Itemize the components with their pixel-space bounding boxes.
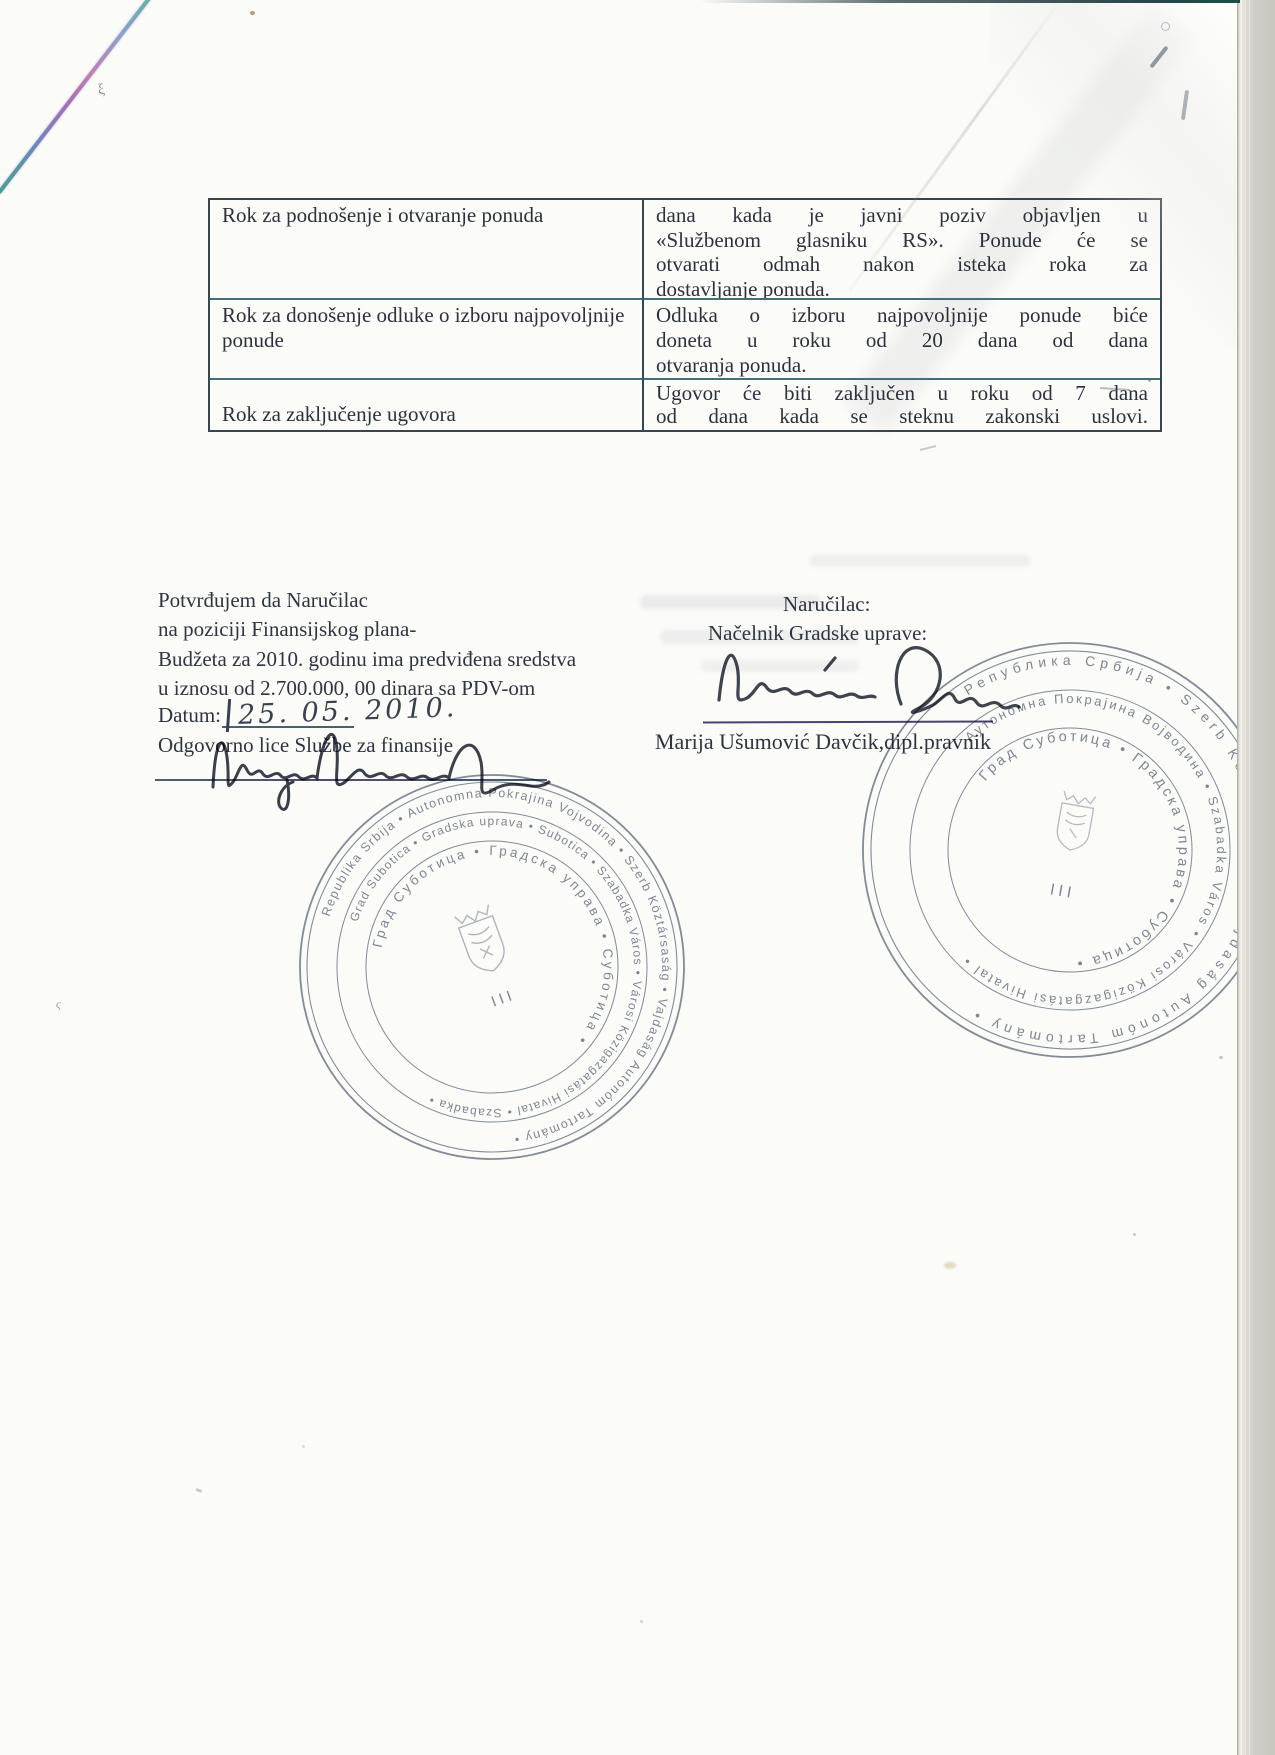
table-row3-line1: Ugovor će biti zaključen u roku od 7 dan… (656, 382, 1148, 405)
table-row3-line2: od dana kada se steknu zakonski uslovi. (656, 405, 1148, 428)
scan-bleed-through (810, 555, 1030, 567)
scan-speck-squiggle: ξ (97, 82, 106, 100)
round-stamp-left: Republika Srbija • Autonomna Pokrajina V… (292, 767, 692, 1167)
table-row1-line4: dostavljanje ponuda. (656, 277, 1148, 301)
scan-speck-dash (196, 1488, 203, 1493)
table-row1-label: Rok za podnošenje i otvaranje ponuda (222, 203, 543, 227)
scan-pencil-dash (920, 445, 936, 451)
confirmation-line1: Potvrđujem da Naručilac (158, 588, 368, 613)
stamp-left-number: III (489, 986, 518, 1010)
table-row1-line3: otvarati odmah nakon isteka roka za (656, 252, 1148, 277)
coat-of-arms (455, 904, 511, 976)
orderer-heading: Naručilac: (783, 592, 870, 617)
scan-paper-edge-band (1237, 0, 1275, 1755)
scan-smudge-warm (944, 1262, 956, 1269)
coat-of-arms-small (1054, 791, 1095, 853)
table-row2-label-cell: Rok za donošenje odluke o izboru najpovo… (210, 300, 644, 380)
confirmation-line2: na poziciji Finansijskog plana- (158, 617, 416, 642)
signature-responsible-person (175, 712, 555, 822)
stamp-right-inner-text: Град Суботица • Градска управа • Суботиц… (945, 712, 1210, 987)
scan-artifact-top-edge (700, 0, 1240, 3)
table-row2-line1: Odluka o izboru najpovoljnije ponude bić… (656, 303, 1148, 328)
table-row3-label: Rok za zaključenje ugovora (222, 403, 456, 426)
scan-speck-dot (640, 1620, 643, 1623)
table-row1-line2: «Službenom glasniku RS». Ponude će se (656, 228, 1148, 253)
stamp-right-number: III (1049, 881, 1077, 902)
table-row3-label-cell: Rok za zaključenje ugovora (210, 380, 644, 430)
table-row1-label-cell: Rok za podnošenje i otvaranje ponuda (210, 200, 644, 300)
confirmation-line3: Budžeta za 2010. godinu ima predviđena s… (158, 647, 576, 672)
table-row3-value-cell: Ugovor će biti zaključen u roku od 7 dan… (644, 380, 1160, 430)
scanned-document-page: { "table": { "rows": [ { "label": "Rok z… (0, 0, 1275, 1755)
scan-speck-dot (1133, 1233, 1136, 1236)
scan-speck-dot (302, 1445, 305, 1448)
svg-text:Град Суботица • Градска управа: Град Суботица • Градска управа • Суботиц… (945, 712, 1210, 987)
scan-speck-squiggle: ς (55, 996, 63, 1013)
delivery-terms-table: Rok za podnošenje i otvaranje ponuda dan… (208, 198, 1162, 432)
table-row2-line3: otvaranja ponuda. (656, 353, 1148, 378)
table-row2-label: Rok za donošenje odluke o izboru najpovo… (222, 303, 624, 352)
table-row2-line2: doneta u roku od 20 dana od dana (656, 328, 1148, 353)
table-row2-value-cell: Odluka o izboru najpovoljnije ponude bić… (644, 300, 1160, 380)
scan-staple-mark (1181, 90, 1189, 120)
signature-head-of-administration (705, 622, 1025, 727)
scan-speck-dot (250, 11, 255, 15)
scan-artifact-iridescent-line (0, 0, 154, 194)
scan-ring-mark (1161, 22, 1170, 31)
